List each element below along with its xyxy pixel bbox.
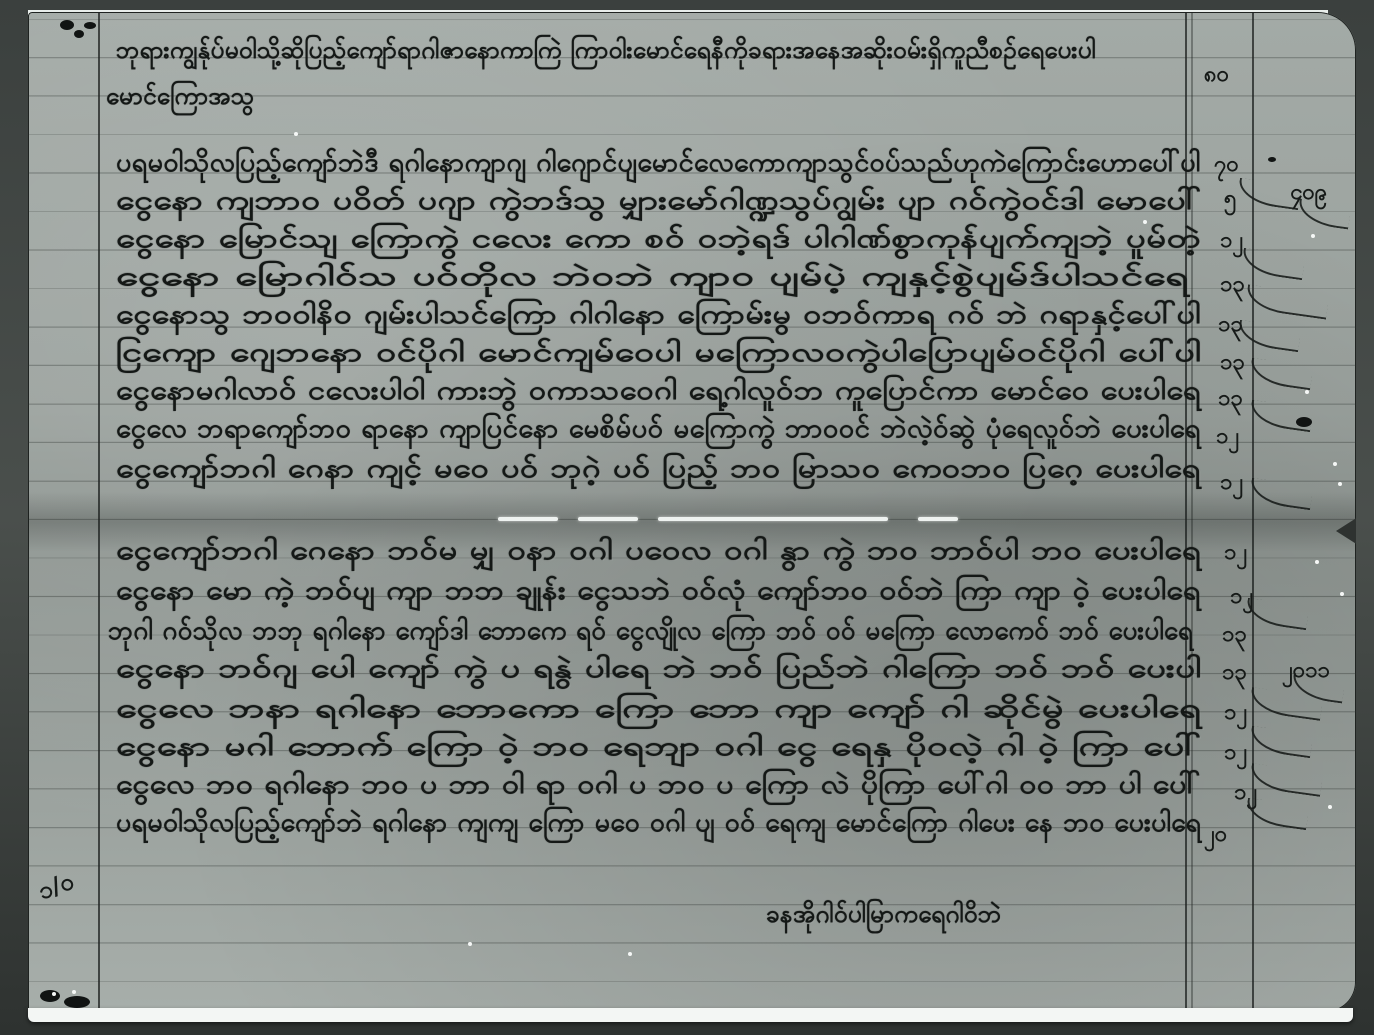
signature: ခနအိုဂါ၀်ပါမြာကရေဂါဝိဘဲ xyxy=(766,902,1002,926)
speck xyxy=(468,942,472,946)
fold-tear xyxy=(498,512,1138,526)
margin-number-row: ၁၂ xyxy=(1224,742,1247,764)
speck xyxy=(1315,560,1319,564)
tear-segment xyxy=(918,517,958,521)
speck xyxy=(1305,390,1309,394)
body-line-1: ပရမဝါသိုလပြည့်ကျော်ဘဲဒီ ရဂါနောကျာဂျ ဂါဂျ… xyxy=(116,150,1201,175)
speck xyxy=(72,990,76,994)
speck xyxy=(1311,234,1315,238)
margin-number-row: ၇၀ xyxy=(1214,154,1239,176)
margin-number-row: ၁၂ xyxy=(1220,472,1243,494)
body-line-17: ပရမဝါသိုလပြည့်ကျော်ဘဲ ရဂါနော ကျကျ ကြော မ… xyxy=(116,810,1201,835)
body-line-9: ငွေကျော်ဘဂါ ဂေနာ ကျင့် မဝေ ပဝ် ဘုဂဲ့ ပဝ်… xyxy=(116,456,1201,481)
body-line-6: ငြကျော ဂျေဘနော ဝင်ပိုဂါ မောင်ကျမ်ဝေပါ မက… xyxy=(116,340,1201,365)
speck xyxy=(628,952,632,956)
speck xyxy=(52,992,56,996)
body-line-10: ငွေကျော်ဘဂါ ဂေနော ဘဝ်မ မျှ ဝနာ ဝဂါ ပဝေလ … xyxy=(116,538,1201,563)
speck xyxy=(1328,805,1332,809)
speck xyxy=(1338,482,1342,486)
margin-number-row: ၁၃ xyxy=(1218,388,1243,410)
right-column-rule-2 xyxy=(1252,12,1254,1012)
margin-number-row: ၁၃ xyxy=(1220,352,1245,374)
margin-number-row: ၁၃ xyxy=(1222,624,1247,646)
body-line-15: ငွေနော မဂါ ဘောက် ကြော ဝဲ့ ဘဝ ရေဘျာ ဝဂါ င… xyxy=(116,734,1201,759)
body-line-3: ငွေနော မြောင်သျ ကြောကွဲ ငလေး ကော စဝ် ဝဘဲ… xyxy=(116,226,1201,251)
margin-number-row: ၁၃ xyxy=(1220,274,1245,296)
body-line-14: ငွေလေ ဘနာ ရဂါနော ဘောကော ကြော ဘော ကျာ ကျေ… xyxy=(116,696,1201,721)
ink-blot xyxy=(74,30,84,38)
ink-blot xyxy=(60,20,74,30)
body-line-2: ငွေနော ကျဘာဝ ပဝိတ် ပဂျာ ကွဲဘဒ်သွ မျှားမေ… xyxy=(116,188,1201,213)
paper-notch xyxy=(1336,517,1356,545)
margin-number-row: ၁၂ xyxy=(1224,542,1247,564)
body-line-8: ငွေလေ ဘရာကျော်ဘဝ ရာနော ကျာပြင်နော မေစိမ်… xyxy=(116,416,1201,441)
speck xyxy=(294,132,298,136)
margin-number-row: ၂၀ xyxy=(1204,824,1227,846)
margin-number-row: ၁၂ xyxy=(1224,702,1247,724)
body-line-4: ငွေနော မြောဂါဝ်သ ပဝ်တိုလ ဘဲဝဘဲ ကျာဝ ပျမ်… xyxy=(116,264,1189,289)
left-margin-rule xyxy=(98,12,100,1012)
body-line-11: ငွေနော မော ကဲ့ ဘဝ်ပျ ကျာ ဘဘ ချုန်း ငွေသဘ… xyxy=(116,578,1201,603)
speck xyxy=(1333,462,1337,466)
paper-bottom-edge xyxy=(28,1008,1353,1022)
margin-number-row: ၅ xyxy=(1224,188,1236,210)
header-line-2: မောင်ကြောအသွ xyxy=(106,84,255,108)
tear-segment xyxy=(498,517,558,521)
margin-number-row: ၁၂ xyxy=(1220,230,1243,252)
tear-segment xyxy=(658,517,888,521)
body-line-16: ငွေလေ ဘဝ ရဂါနော ဘဝ ပ ဘာ ဝါ ရာ ဝဂါ ပ ဘဝ ပ… xyxy=(116,772,1201,797)
body-line-12: ဘုဂါ ဂဝ်သိုလ ဘဘု ရဂါနော ကျော်ဒါ ဘောကေ ရဝ… xyxy=(108,618,1193,643)
header-line-1: ဘုရားကျွန်ုပ်မဝါသို့ဆိုပြည့်ကျော်ရာဂါဇာန… xyxy=(116,38,1096,62)
ink-blot xyxy=(64,996,90,1008)
manuscript-page: ဘုရားကျွန်ုပ်မဝါသို့ဆိုပြည့်ကျော်ရာဂါဇာန… xyxy=(28,12,1356,1012)
body-line-5: ငွေနောသွ ဘဝဝါနိဝ ဂျမ်းပါသင်ကြော ဂါဂါနော … xyxy=(116,302,1201,327)
body-line-13: ငွေနော ဘဝ်ဂျ ပေါ ကျော် ကွဲ ပ ရနွဲ ပါရေ ဘ… xyxy=(116,656,1201,681)
ink-blot xyxy=(40,990,60,1002)
margin-number-row: ၁၃ xyxy=(1222,662,1247,684)
ink-blot xyxy=(1268,157,1276,162)
ink-blot xyxy=(84,22,96,29)
margin-number-row: ၁၂ xyxy=(1216,426,1239,448)
speck xyxy=(1340,592,1344,596)
photo-scene: ဘုရားကျွန်ုပ်မဝါသို့ဆိုပြည့်ကျော်ရာဂါဇာန… xyxy=(0,0,1374,1035)
margin-number-header: ၈၀ xyxy=(1204,64,1229,86)
tear-segment xyxy=(578,517,638,521)
body-line-7: ငွေနောမဂါလာဝ် ငလေးပါဝါ ကားဘွဲ ဝကာသဝေဂါ ရ… xyxy=(116,378,1201,403)
